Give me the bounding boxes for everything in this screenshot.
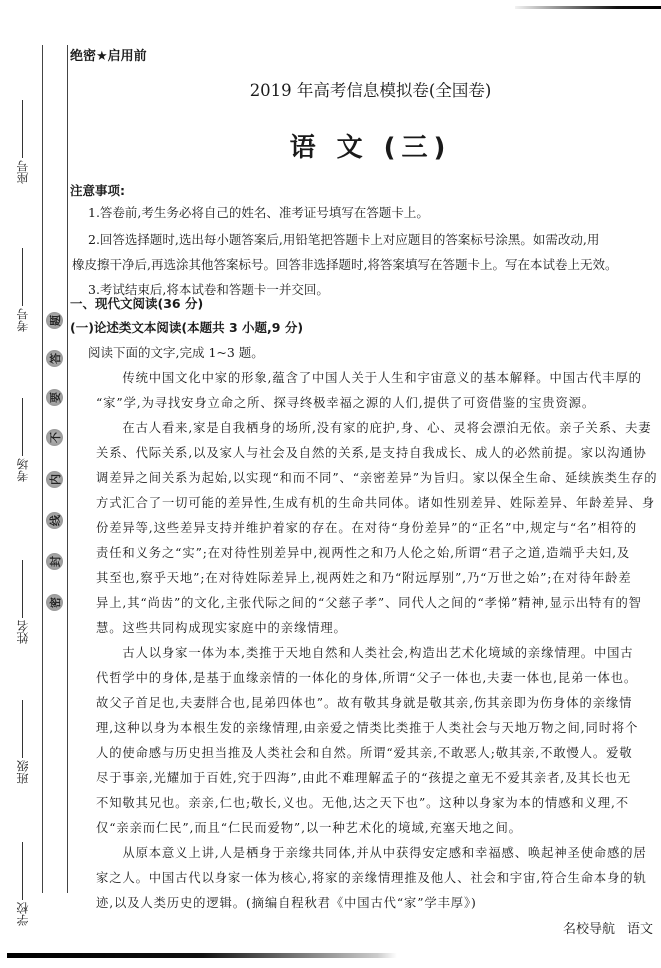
- passage-line: 故父子首足也,夫妻牉合也,昆弟四体也”。故有敬其身就是敬其亲,伤其亲即为伤身体的…: [96, 697, 632, 709]
- notice-item: 1.答卷前,考生务必将自己的姓名、准考证号填写在答题卡上。: [88, 207, 429, 220]
- passage-line: 代哲学中的身体,是基于血缘亲情的一体化的身体,所谓“父子一体也,夫妻一体也,昆弟…: [96, 672, 637, 684]
- sidebar-field-school[interactable]: 学校: [14, 842, 34, 926]
- passage-line: 责任和义务之“实”;在对待性别差异中,视两性之和乃人伦之始,所谓“君子之道,造端…: [96, 547, 630, 559]
- seal-badge: 题: [46, 312, 63, 329]
- sidebar-field-name[interactable]: 姓名: [14, 560, 34, 644]
- passage-line: 慧。这些共同构成现实家庭中的亲缘情理。: [96, 622, 347, 634]
- seal-badge: 内: [46, 471, 63, 488]
- passage-line: 异上,其“尚齿”的文化,主张代际之间的“父慈子孝”、同代人之间的“孝悌”精神,显…: [96, 597, 642, 609]
- passage-line: 古人以身家一体为本,类推于天地自然和人类社会,构造出艺术化境域的亲缘情理。中国古: [96, 647, 634, 659]
- passage-line: 在古人看来,家是自我栖身的场所,没有家的庇护,身、心、灵将会漂泊无依。亲子关系、…: [96, 422, 652, 434]
- binding-line-inner: [67, 45, 68, 893]
- sidebar-field-label: 考号: [16, 308, 30, 332]
- binding-line-outer: [42, 45, 43, 893]
- exam-title: 2019 年高考信息模拟卷(全国卷): [0, 77, 661, 101]
- notice-item: 3.考试结束后,将本试卷和答题卡一并交回。: [88, 284, 329, 297]
- passage-line: 其至也,察乎天地”;在对待姓际差异上,视两姓之和乃“附远厚别”,乃“万世之始”;…: [96, 572, 632, 584]
- sidebar-field-label: 姓名: [16, 620, 30, 644]
- passage-line: “家”学,为寻找安身立命之所、探寻终极幸福之源的人们,提供了可资借鉴的宝贵资源。: [96, 397, 595, 409]
- blank-line: [23, 560, 24, 618]
- passage-line: 调差异之间关系为起始,以实现“和而不同”、“亲密差异”为旨归。家以保全生命、延续…: [96, 472, 657, 484]
- passage-line: 份差异等,这些差异支持并维护着家的存在。在对待“身份差异”的“正名”中,规定与“…: [96, 522, 637, 534]
- section-title: 一、现代文阅读(36 分): [70, 298, 203, 311]
- passage-line: 关系、代际关系,以及家人与社会及自然的关系,是支持自我成长、成人的必然前提。家以…: [96, 447, 647, 459]
- footer-subject: 语文: [627, 922, 653, 937]
- notice-heading: 注意事项:: [70, 181, 125, 199]
- blank-line: [23, 700, 24, 758]
- seal-badge: 密: [46, 594, 63, 611]
- blank-line: [23, 248, 24, 306]
- seal-badge: 封: [46, 553, 63, 570]
- secret-mark: 绝密★启用前: [70, 45, 147, 64]
- seal-badge: 要: [46, 389, 63, 406]
- page-footer: 名校导航语文: [563, 918, 653, 937]
- blank-line: [23, 398, 24, 456]
- footer-brand: 名校导航: [563, 922, 615, 937]
- passage-line: 从原本意义上讲,人是栖身于亲缘共同体,并从中获得安定感和幸福感、唤起神圣使命感的…: [96, 847, 647, 859]
- sidebar-field-label: 考场: [16, 458, 30, 482]
- sidebar-field-exam-room[interactable]: 考场: [14, 398, 34, 482]
- passage-line: 迹,以及人类历史的逻辑。(摘编自程秋君《中国古代“家”学丰厚》): [96, 897, 477, 909]
- bottom-rule: [7, 953, 397, 958]
- seal-badge: 不: [46, 429, 63, 446]
- reading-instruction: 阅读下面的文字,完成 1~3 题。: [88, 347, 264, 360]
- blank-line: [23, 842, 24, 900]
- passage-line: 不知敬其兄也。亲亲,仁也;敬长,义也。无他,达之天下也”。这种以身家为本的情感和…: [96, 797, 629, 809]
- passage-line: 家之人。中国古代以身家一体为核心,将家的亲缘情理推及他人、社会和宇宙,符合生命本…: [96, 872, 647, 884]
- seal-badge: 答: [46, 350, 63, 367]
- notice-item: 橡皮擦干净后,再选涂其他答案标号。回答非选择题时,将答案填写在答题卡上。写在本试…: [72, 259, 617, 272]
- subject-title: 语 文 (三): [0, 127, 661, 164]
- sidebar-field-exam-number[interactable]: 考号: [14, 248, 34, 332]
- subsection-title: (一)论述类文本阅读(本题共 3 小题,9 分): [70, 322, 303, 335]
- notice-item: 2.回答选择题时,选出每小题答案后,用铅笔把答题卡上对应题目的答案标号涂黑。如需…: [88, 234, 599, 247]
- passage-line: 仅“亲亲而仁民”,而且“仁民而爱物”,以一种艺术化的境域,充塞天地之间。: [96, 822, 522, 834]
- seal-badge: 线: [46, 512, 63, 529]
- top-rule: [515, 6, 661, 9]
- passage-line: 尽于事亲,光耀加于百姓,究于四海”,由此不难理解孟子的“孩提之童无不爱其亲者,及…: [96, 772, 631, 784]
- passage-line: 传统中国文化中家的形象,蕴含了中国人关于人生和宇宙意义的基本解释。中国古代丰厚的: [96, 372, 642, 384]
- passage-line: 方式汇合了一切可能的差异性,生成有机的生命共同体。诸如性别差异、姓际差异、年龄差…: [96, 497, 655, 509]
- passage-line: 理,这种以身为本根生发的亲缘情理,由亲爱之情类比类推于人类社会与天地万物之间,同…: [96, 722, 638, 734]
- sidebar-field-label: 学校: [16, 902, 30, 926]
- sidebar-field-label: 班级: [16, 760, 30, 784]
- sidebar-field-class[interactable]: 班级: [14, 700, 34, 784]
- passage-line: 人的使命感与历史担当推及人类社会和自然。所谓“爱其亲,不敢恶人;敬其亲,不敢慢人…: [96, 747, 633, 759]
